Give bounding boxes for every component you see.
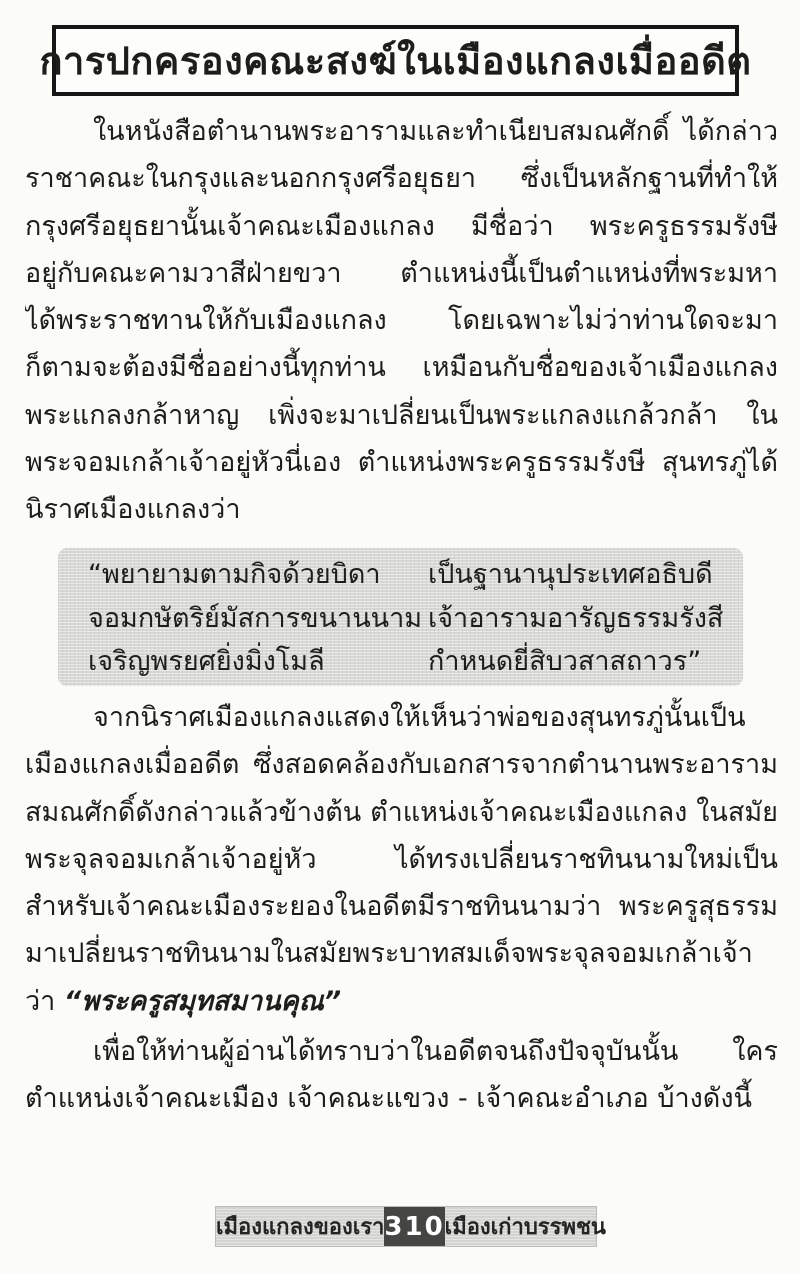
poem-row: จอมกษัตริย์มัสการขนานนาม เจ้าอารามอารัญธ… xyxy=(58,597,743,641)
footer-bar: เมืองแกลงของเรา 310 เมืองเก่าบรรพชน xyxy=(215,1206,597,1247)
poem-right-verse: เจ้าอารามอารัญธรรมรังสี xyxy=(428,597,743,641)
poem-row: “พยายามตามกิจด้วยบิดา เป็นฐานานุประเทศอธ… xyxy=(58,553,743,597)
text-line: ว่า “พระครูสมุทสมานคุณ” xyxy=(25,978,778,1025)
page-title: การปกครองคณะสงฆ์ในเมืองแกลงเมื่ออดีต xyxy=(40,30,752,91)
text-line: ราชาคณะในกรุงและนอกกรุงศรีอยุธยา ซึ่งเป็… xyxy=(25,155,778,202)
text-line: มาเปลี่ยนราชทินนามในสมัยพระบาทสมเด็จพระจ… xyxy=(25,930,778,977)
footer-right-label: เมืองเก่าบรรพชน xyxy=(445,1207,606,1246)
text-line: ก็ตามจะต้องมีชื่ออย่างนี้ทุกท่าน เหมือนก… xyxy=(25,344,778,391)
text-line: พระแกลงกล้าหาญ เพิ่งจะมาเปลี่ยนเป็นพระแก… xyxy=(25,392,778,439)
text-line: พระจอมเกล้าเจ้าอยู่หัวนี่เอง ตำแหน่งพระค… xyxy=(25,439,778,486)
poem-quote-block: “พยายามตามกิจด้วยบิดา เป็นฐานานุประเทศอธ… xyxy=(58,548,743,686)
text-line: ในหนังสือตำนานพระอารามและทำเนียบสมณศักดิ… xyxy=(25,108,778,155)
scanned-book-page: การปกครองคณะสงฆ์ในเมืองแกลงเมื่ออดีต ในห… xyxy=(0,0,800,1273)
footer-left-label: เมืองแกลงของเรา xyxy=(216,1207,384,1246)
poem-right-verse: เป็นฐานานุประเทศอธิบดี xyxy=(428,553,743,597)
poem-row: เจริญพรยศยิ่งมิ่งโมลี กำหนดยี่สิบวสาสถาว… xyxy=(58,640,743,684)
page-number: 310 xyxy=(384,1207,444,1246)
poem-right-verse: กำหนดยี่สิบวสาสถาวร” xyxy=(428,640,743,684)
text-line: สมณศักดิ์ดังกล่าวแล้วข้างต้น ตำแหน่งเจ้า… xyxy=(25,789,778,836)
text-line: พระจุลจอมเกล้าเจ้าอยู่หัว ได้ทรงเปลี่ยนร… xyxy=(25,836,778,883)
text-segment: ว่า xyxy=(25,986,64,1017)
text-line: ตำแหน่งเจ้าคณะเมือง เจ้าคณะแขวง - เจ้าคณ… xyxy=(25,1075,778,1122)
text-line: เมืองแกลงเมื่ออดีต ซึ่งสอดคล้องกับเอกสาร… xyxy=(25,741,778,788)
poem-left-verse: จอมกษัตริย์มัสการขนานนาม xyxy=(88,597,428,641)
paragraph-1: ในหนังสือตำนานพระอารามและทำเนียบสมณศักดิ… xyxy=(25,108,778,534)
text-line: นิราศเมืองแกลงว่า xyxy=(25,486,778,533)
poem-left-verse: เจริญพรยศยิ่งมิ่งโมลี xyxy=(88,640,428,684)
text-line: สำหรับเจ้าคณะเมืองระยองในอดีตมีราชทินนาม… xyxy=(25,883,778,930)
text-line: เพื่อให้ท่านผู้อ่านได้ทราบว่าในอดีตจนถึง… xyxy=(25,1028,778,1075)
text-line: จากนิราศเมืองแกลงแสดงให้เห็นว่าพ่อของสุน… xyxy=(25,694,778,741)
paragraph-2: จากนิราศเมืองแกลงแสดงให้เห็นว่าพ่อของสุน… xyxy=(25,694,778,1025)
poem-left-verse: “พยายามตามกิจด้วยบิดา xyxy=(88,553,428,597)
text-line: อยู่กับคณะคามวาสีฝ่ายขวา ตำแหน่งนี้เป็นต… xyxy=(25,250,778,297)
emphasized-title-text: “พระครูสมุทสมานคุณ” xyxy=(64,986,341,1017)
paragraph-3: เพื่อให้ท่านผู้อ่านได้ทราบว่าในอดีตจนถึง… xyxy=(25,1028,778,1123)
text-line: ได้พระราชทานให้กับเมืองแกลง โดยเฉพาะไม่ว… xyxy=(25,297,778,344)
page-title-box: การปกครองคณะสงฆ์ในเมืองแกลงเมื่ออดีต xyxy=(52,25,739,96)
text-line: กรุงศรีอยุธยานั้นเจ้าคณะเมืองแกลง มีชื่อ… xyxy=(25,203,778,250)
